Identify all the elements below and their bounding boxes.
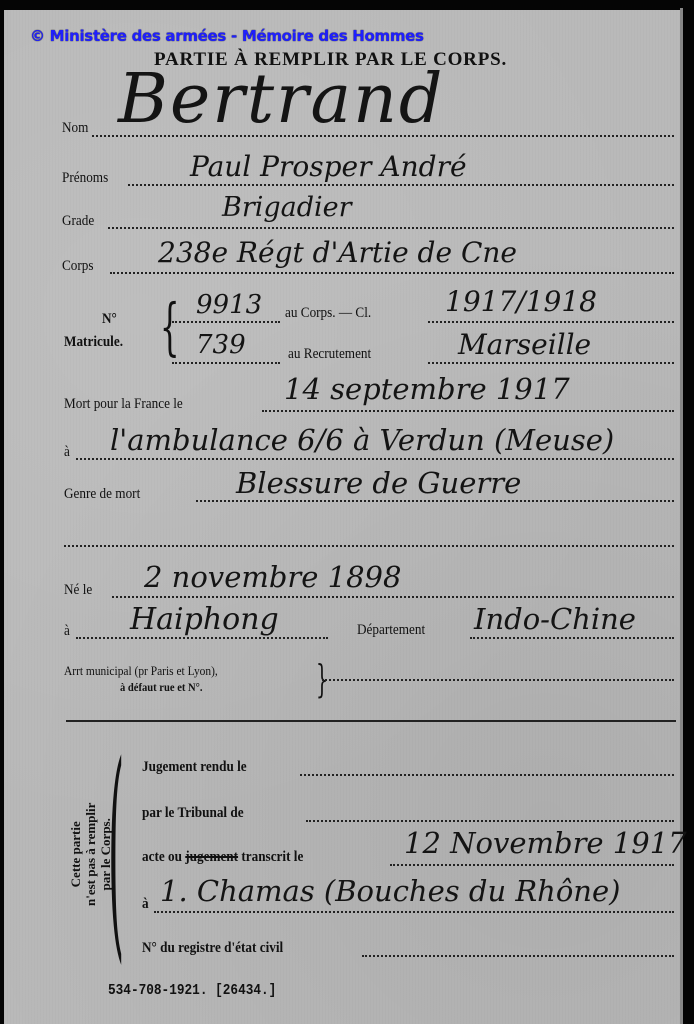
classe-value: 1917/1918 (445, 285, 597, 318)
recrutement-label: au Recrutement (288, 346, 371, 363)
recrutement-line (428, 362, 674, 364)
matricule-label-bottom: Matricule. (64, 334, 123, 351)
jugement-line (300, 774, 674, 776)
grade-line (108, 227, 674, 229)
grade-value: Brigadier (222, 192, 352, 223)
transcrit-label: acte ou jugement transcrit le (142, 849, 303, 866)
section-divider (66, 720, 676, 722)
transcrit-label-struck: jugement (185, 849, 238, 865)
departement-label: Département (357, 622, 425, 639)
registre-line (362, 955, 674, 957)
nom-label: Nom (62, 120, 88, 137)
transcrit-label-post: transcrit le (241, 849, 303, 865)
prenoms-value: Paul Prosper André (190, 150, 467, 183)
corps-value: 238e Régt d'Artie de Cne (158, 236, 517, 269)
ne-le-line (112, 596, 674, 598)
transcrit-a-label: à (142, 896, 149, 913)
tribunal-label: par le Tribunal de (142, 805, 244, 822)
ne-a-label: à (64, 623, 70, 640)
mort-a-label: à (64, 444, 70, 461)
corps-class-label: au Corps. — Cl. (285, 305, 371, 322)
recrutement-number-value: 739 (196, 330, 246, 360)
nom-value: Bertrand (118, 60, 444, 139)
arrondissement-label-2: à défaut rue et N°. (120, 680, 203, 695)
arrondissement-line (322, 679, 674, 681)
corps-label: Corps (62, 258, 94, 275)
transcrit-a-line (154, 911, 674, 913)
mort-le-line (262, 410, 674, 412)
classe-line (428, 321, 674, 323)
lower-section-brace: ( (108, 736, 124, 966)
ne-le-label: Né le (64, 582, 92, 599)
copyright-watermark: © Ministère des armées - Mémoire des Hom… (30, 27, 424, 45)
blank-line (64, 545, 674, 547)
transcrit-line (390, 864, 674, 866)
ne-a-line (76, 637, 328, 639)
side-note: Cette partie n'est pas à remplir par le … (68, 803, 113, 906)
registre-label: N° du registre d'état civil (142, 940, 283, 957)
corps-number-line (172, 321, 280, 323)
corps-line (110, 272, 674, 274)
corps-number-value: 9913 (196, 290, 262, 320)
matricule-label-top: N° (102, 311, 117, 328)
transcrit-value: 12 Novembre 1917 (404, 826, 687, 860)
transcrit-label-pre: acte ou (142, 849, 182, 865)
recrutement-value: Marseille (458, 328, 591, 361)
mort-le-label: Mort pour la France le (64, 396, 183, 413)
mort-le-value: 14 septembre 1917 (284, 372, 570, 406)
prenoms-line (128, 184, 674, 186)
tribunal-line (306, 820, 674, 822)
mort-a-value: l'ambulance 6/6 à Verdun (Meuse) (110, 423, 614, 457)
recrutement-number-line (172, 362, 280, 364)
matricule-brace: { (160, 296, 180, 358)
jugement-label: Jugement rendu le (142, 759, 247, 776)
card-edge (680, 8, 683, 1024)
arrondissement-label-1: Arrt municipal (pr Paris et Lyon), (64, 663, 218, 679)
ne-a-value: Haiphong (130, 602, 279, 637)
side-note-line-2: n'est pas à remplir (83, 803, 98, 906)
print-reference: 534-708-1921. [26434.] (108, 982, 276, 999)
side-note-line-1: Cette partie (68, 803, 83, 906)
genre-mort-value: Blessure de Guerre (236, 466, 521, 500)
grade-label: Grade (62, 213, 94, 230)
prenoms-label: Prénoms (62, 170, 108, 187)
mort-a-line (76, 458, 674, 460)
genre-mort-label: Genre de mort (64, 486, 140, 503)
departement-line (470, 637, 674, 639)
transcrit-a-value: 1. Chamas (Bouches du Rhône) (160, 874, 620, 908)
departement-value: Indo-Chine (474, 602, 636, 636)
ne-le-value: 2 novembre 1898 (144, 560, 401, 594)
genre-mort-line (196, 500, 674, 502)
